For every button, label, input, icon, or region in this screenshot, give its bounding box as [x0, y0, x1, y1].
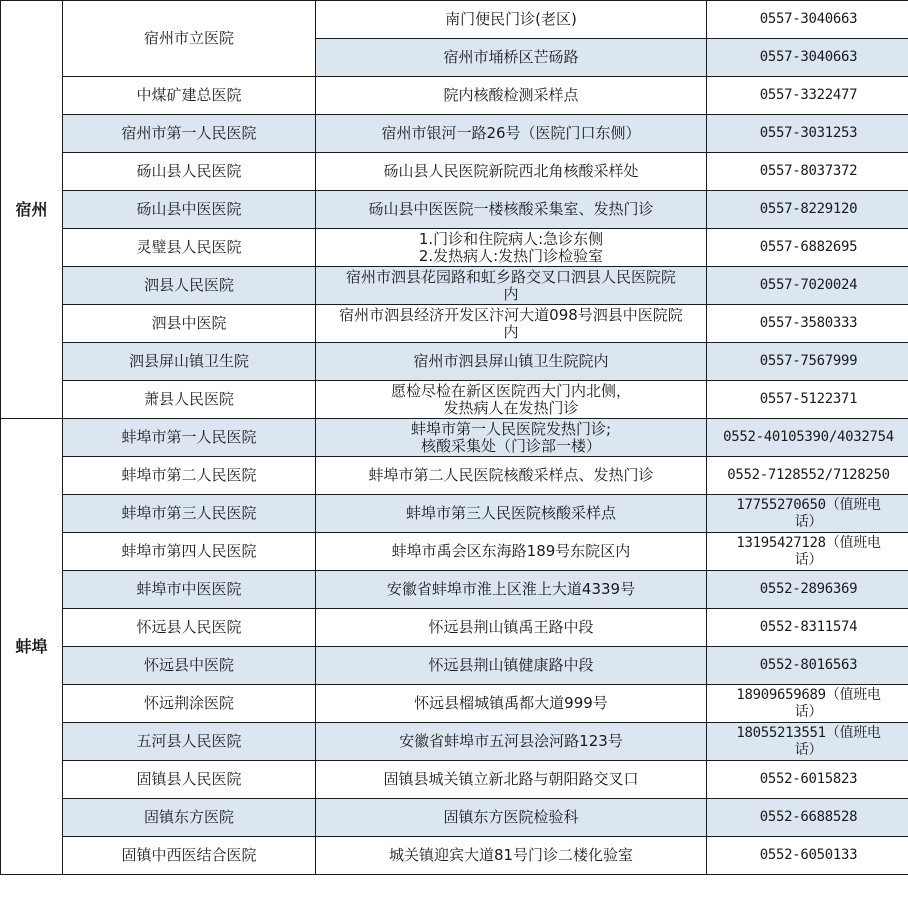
location-cell: 固镇县城关镇立新北路与朝阳路交叉口	[316, 761, 707, 799]
hospital-cell: 怀远荆涂医院	[63, 685, 316, 723]
hospital-cell: 宿州市第一人民医院	[63, 115, 316, 153]
phone-cell: 0552-6688528	[707, 799, 908, 837]
location-cell: 宿州市银河一路26号（医院门口东侧）	[316, 115, 707, 153]
phone-line: 话）	[711, 514, 906, 531]
hospital-cell: 砀山县中医医院	[63, 191, 316, 229]
phone-line: 17755270650（值班电	[711, 497, 906, 514]
location-cell: 宿州市埇桥区芒砀路	[316, 39, 707, 77]
table-row: 蚌埠市中医医院 安徽省蚌埠市淮上区淮上大道4339号 0552-2896369	[1, 571, 908, 609]
phone-cell: 0557-3040663	[707, 1, 908, 39]
table-row: 宿州市第一人民医院 宿州市银河一路26号（医院门口东侧） 0557-303125…	[1, 115, 908, 153]
table-row: 固镇县人民医院 固镇县城关镇立新北路与朝阳路交叉口 0552-6015823	[1, 761, 908, 799]
table-row: 宿州 宿州市立医院 南门便民门诊(老区) 0557-3040663	[1, 1, 908, 39]
location-cell: 安徽省蚌埠市淮上区淮上大道4339号	[316, 571, 707, 609]
hospital-cell: 砀山县人民医院	[63, 153, 316, 191]
phone-cell: 0557-7567999	[707, 343, 908, 381]
location-line: 宿州市泗县花园路和虹乡路交叉口泗县人民医院院	[320, 269, 702, 286]
location-cell: 城关镇迎宾大道81号门诊二楼化验室	[316, 837, 707, 875]
phone-line: 话）	[711, 742, 906, 759]
phone-line: 18055213551（值班电	[711, 725, 906, 742]
location-line: 内	[320, 286, 702, 303]
hospital-cell: 怀远县中医院	[63, 647, 316, 685]
phone-cell: 18909659689（值班电 话）	[707, 685, 908, 723]
location-line: 蚌埠市第一人民医院发热门诊;	[320, 421, 702, 438]
phone-cell: 0552-6050133	[707, 837, 908, 875]
phone-cell: 13195427128（值班电 话）	[707, 533, 908, 571]
phone-line: 18909659689（值班电	[711, 687, 906, 704]
phone-cell: 0552-40105390/4032754	[707, 419, 908, 457]
hospital-cell: 蚌埠市第一人民医院	[63, 419, 316, 457]
phone-cell: 0552-7128552/7128250	[707, 457, 908, 495]
hospital-cell: 蚌埠市第三人民医院	[63, 495, 316, 533]
location-cell: 愿检尽检在新区医院西大门内北侧， 发热病人在发热门诊	[316, 381, 707, 419]
phone-line: 话）	[711, 704, 906, 721]
hospital-cell: 怀远县人民医院	[63, 609, 316, 647]
hospital-cell: 中煤矿建总医院	[63, 77, 316, 115]
phone-cell: 0557-3031253	[707, 115, 908, 153]
hospital-cell: 固镇县人民医院	[63, 761, 316, 799]
location-cell: 宿州市泗县花园路和虹乡路交叉口泗县人民医院院 内	[316, 267, 707, 305]
table-row: 蚌埠市第二人民医院 蚌埠市第二人民医院核酸采样点、发热门诊 0552-71285…	[1, 457, 908, 495]
phone-cell: 0557-8229120	[707, 191, 908, 229]
location-line: 宿州市泗县经济开发区汴河大道098号泗县中医院院	[320, 307, 702, 324]
hospital-cell: 固镇中西医结合医院	[63, 837, 316, 875]
table-row: 怀远荆涂医院 怀远县榴城镇禹都大道999号 18909659689（值班电 话）	[1, 685, 908, 723]
table-row: 泗县人民医院 宿州市泗县花园路和虹乡路交叉口泗县人民医院院 内 0557-702…	[1, 267, 908, 305]
phone-cell: 0552-8016563	[707, 647, 908, 685]
table-row: 固镇中西医结合医院 城关镇迎宾大道81号门诊二楼化验室 0552-6050133	[1, 837, 908, 875]
table-row: 泗县中医院 宿州市泗县经济开发区汴河大道098号泗县中医院院 内 0557-35…	[1, 305, 908, 343]
location-line: 内	[320, 324, 702, 341]
table-row: 中煤矿建总医院 院内核酸检测采样点 0557-3322477	[1, 77, 908, 115]
location-line: 2.发热病人:发热门诊检验室	[320, 248, 702, 265]
phone-cell: 0552-2896369	[707, 571, 908, 609]
location-cell: 砀山县人民医院新院西北角核酸采样处	[316, 153, 707, 191]
hospital-cell: 泗县人民医院	[63, 267, 316, 305]
location-line: 发热病人在发热门诊	[320, 400, 702, 417]
phone-cell: 0557-7020024	[707, 267, 908, 305]
location-cell: 蚌埠市第二人民医院核酸采样点、发热门诊	[316, 457, 707, 495]
phone-line: 话）	[711, 552, 906, 569]
table-row: 怀远县中医院 怀远县荆山镇健康路中段 0552-8016563	[1, 647, 908, 685]
phone-cell: 0557-6882695	[707, 229, 908, 267]
location-cell: 固镇东方医院检验科	[316, 799, 707, 837]
phone-cell: 0557-3580333	[707, 305, 908, 343]
table-row: 蚌埠 蚌埠市第一人民医院 蚌埠市第一人民医院发热门诊; 核酸采集处（门诊部一楼）…	[1, 419, 908, 457]
location-cell: 蚌埠市第一人民医院发热门诊; 核酸采集处（门诊部一楼）	[316, 419, 707, 457]
phone-cell: 0552-6015823	[707, 761, 908, 799]
location-cell: 院内核酸检测采样点	[316, 77, 707, 115]
location-line: 1.门诊和住院病人:急诊东侧	[320, 231, 702, 248]
location-line: 核酸采集处（门诊部一楼）	[320, 438, 702, 455]
region-cell: 宿州	[1, 1, 63, 419]
hospital-cell: 宿州市立医院	[63, 1, 316, 77]
location-cell: 南门便民门诊(老区)	[316, 1, 707, 39]
location-cell: 怀远县荆山镇禹王路中段	[316, 609, 707, 647]
table-row: 砀山县人民医院 砀山县人民医院新院西北角核酸采样处 0557-8037372	[1, 153, 908, 191]
hospital-cell: 固镇东方医院	[63, 799, 316, 837]
hospital-cell: 蚌埠市第四人民医院	[63, 533, 316, 571]
hospital-cell: 泗县中医院	[63, 305, 316, 343]
hospital-cell: 泗县屏山镇卫生院	[63, 343, 316, 381]
phone-cell: 18055213551（值班电 话）	[707, 723, 908, 761]
location-cell: 蚌埠市禹会区东海路189号东院区内	[316, 533, 707, 571]
phone-cell: 0557-8037372	[707, 153, 908, 191]
hospital-cell: 五河县人民医院	[63, 723, 316, 761]
phone-cell: 0557-3040663	[707, 39, 908, 77]
phone-cell: 0557-3322477	[707, 77, 908, 115]
table-row: 萧县人民医院 愿检尽检在新区医院西大门内北侧， 发热病人在发热门诊 0557-5…	[1, 381, 908, 419]
table-row: 怀远县人民医院 怀远县荆山镇禹王路中段 0552-8311574	[1, 609, 908, 647]
hospital-cell: 蚌埠市中医医院	[63, 571, 316, 609]
phone-line: 13195427128（值班电	[711, 535, 906, 552]
location-cell: 宿州市泗县屏山镇卫生院院内	[316, 343, 707, 381]
table-row: 五河县人民医院 安徽省蚌埠市五河县浍河路123号 18055213551（值班电…	[1, 723, 908, 761]
table-row: 灵璧县人民医院 1.门诊和住院病人:急诊东侧 2.发热病人:发热门诊检验室 05…	[1, 229, 908, 267]
location-cell: 蚌埠市第三人民医院核酸采样点	[316, 495, 707, 533]
table-row: 砀山县中医医院 砀山县中医医院一楼核酸采集室、发热门诊 0557-8229120	[1, 191, 908, 229]
location-cell: 砀山县中医医院一楼核酸采集室、发热门诊	[316, 191, 707, 229]
phone-cell: 0552-8311574	[707, 609, 908, 647]
phone-cell: 0557-5122371	[707, 381, 908, 419]
hospital-cell: 灵璧县人民医院	[63, 229, 316, 267]
table-row: 固镇东方医院 固镇东方医院检验科 0552-6688528	[1, 799, 908, 837]
phone-cell: 17755270650（值班电 话）	[707, 495, 908, 533]
table-row: 蚌埠市第三人民医院 蚌埠市第三人民医院核酸采样点 17755270650（值班电…	[1, 495, 908, 533]
location-cell: 宿州市泗县经济开发区汴河大道098号泗县中医院院 内	[316, 305, 707, 343]
location-cell: 1.门诊和住院病人:急诊东侧 2.发热病人:发热门诊检验室	[316, 229, 707, 267]
hospital-cell: 蚌埠市第二人民医院	[63, 457, 316, 495]
region-cell: 蚌埠	[1, 419, 63, 875]
location-cell: 安徽省蚌埠市五河县浍河路123号	[316, 723, 707, 761]
location-cell: 怀远县榴城镇禹都大道999号	[316, 685, 707, 723]
hospital-cell: 萧县人民医院	[63, 381, 316, 419]
location-cell: 怀远县荆山镇健康路中段	[316, 647, 707, 685]
table-row: 蚌埠市第四人民医院 蚌埠市禹会区东海路189号东院区内 13195427128（…	[1, 533, 908, 571]
table-row: 泗县屏山镇卫生院 宿州市泗县屏山镇卫生院院内 0557-7567999	[1, 343, 908, 381]
location-line: 愿检尽检在新区医院西大门内北侧，	[320, 383, 702, 400]
testing-sites-table: 宿州 宿州市立医院 南门便民门诊(老区) 0557-3040663 宿州市埇桥区…	[0, 0, 908, 875]
